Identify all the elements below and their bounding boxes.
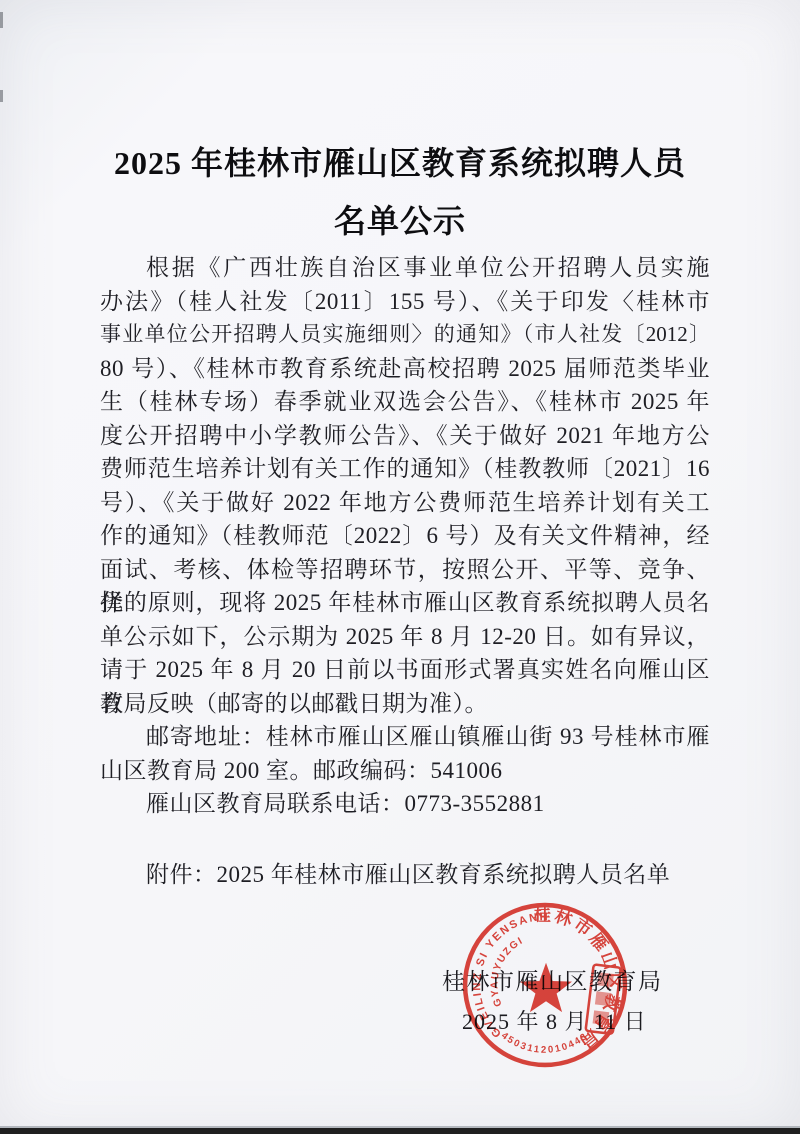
body-line: 雁山区教育局联系电话：0773-3552881 — [100, 787, 710, 821]
attachment-line: 附件：2025 年桂林市雁山区教育系统拟聘人员名单 — [100, 858, 720, 891]
body-line: 山区教育局 200 室。邮政编码：541006 — [100, 754, 710, 788]
document-body: 根据《广西壮族自治区事业单位公开招聘人员实施办法》（桂人社发〔2011〕155 … — [100, 251, 710, 821]
scan-edge-mark — [0, 90, 3, 102]
body-line: 育局反映（邮寄的以邮戳日期为准）。 — [100, 687, 710, 721]
scan-bottom-edge — [0, 1128, 800, 1134]
body-line: 号）、《关于做好 2022 年地方公费师范生培养计划有关工 — [100, 486, 710, 520]
seal-latin-arc-inner-text: GYAUYUZGIZ — [459, 899, 526, 1008]
body-line: 80 号）、《桂林市教育系统赴高校招聘 2025 届师范类毕业 — [100, 352, 710, 386]
seal-latin-arc-outer-text: GVEILINZ SI YENSANH — [471, 911, 550, 1039]
body-line: 根据《广西壮族自治区事业单位公开招聘人员实施 — [100, 251, 710, 285]
body-line: 请于 2025 年 8 月 20 日前以书面形式署真实姓名向雁山区教 — [100, 653, 710, 687]
body-line: 优的原则，现将 2025 年桂林市雁山区教育系统拟聘人员名 — [100, 586, 710, 620]
body-line: 费师范生培养计划有关工作的通知》（桂教教师〔2021〕16 — [100, 452, 710, 486]
title-line-1: 2025 年桂林市雁山区教育系统拟聘人员 — [0, 134, 800, 192]
title-line-2: 名单公示 — [0, 192, 800, 250]
document-page: 2025 年桂林市雁山区教育系统拟聘人员 名单公示 根据《广西壮族自治区事业单位… — [0, 0, 800, 1134]
body-line: 生（桂林专场）春季就业双选会公告》、《桂林市 2025 年 — [100, 385, 710, 419]
body-line: 面试、考核、体检等招聘环节，按照公开、平等、竞争、择 — [100, 553, 710, 587]
body-line: 事业单位公开招聘人员实施细则〉的通知》（市人社发〔2012〕 — [100, 318, 710, 352]
body-line: 办法》（桂人社发〔2011〕155 号）、《关于印发〈桂林市 — [100, 285, 710, 319]
body-line: 作的通知》（桂教师范〔2022〕6 号）及有关文件精神，经 — [100, 519, 710, 553]
seal-star-icon — [520, 963, 572, 1012]
body-line: 邮寄地址：桂林市雁山区雁山镇雁山街 93 号桂林市雁 — [100, 720, 710, 754]
seal-serial-text: 4503112010443 — [499, 1030, 591, 1056]
scan-edge-mark — [0, 12, 3, 28]
body-line: 度公开招聘中小学教师公告》、《关于做好 2021 年地方公 — [100, 419, 710, 453]
official-seal: 桂林市雁山区教育局 GVEILINZ SI YENSANH GYAUYUZGIZ… — [459, 899, 631, 1071]
document-title: 2025 年桂林市雁山区教育系统拟聘人员 名单公示 — [0, 134, 800, 250]
body-line: 单公示如下，公示期为 2025 年 8 月 12-20 日。如有异议， — [100, 620, 710, 654]
